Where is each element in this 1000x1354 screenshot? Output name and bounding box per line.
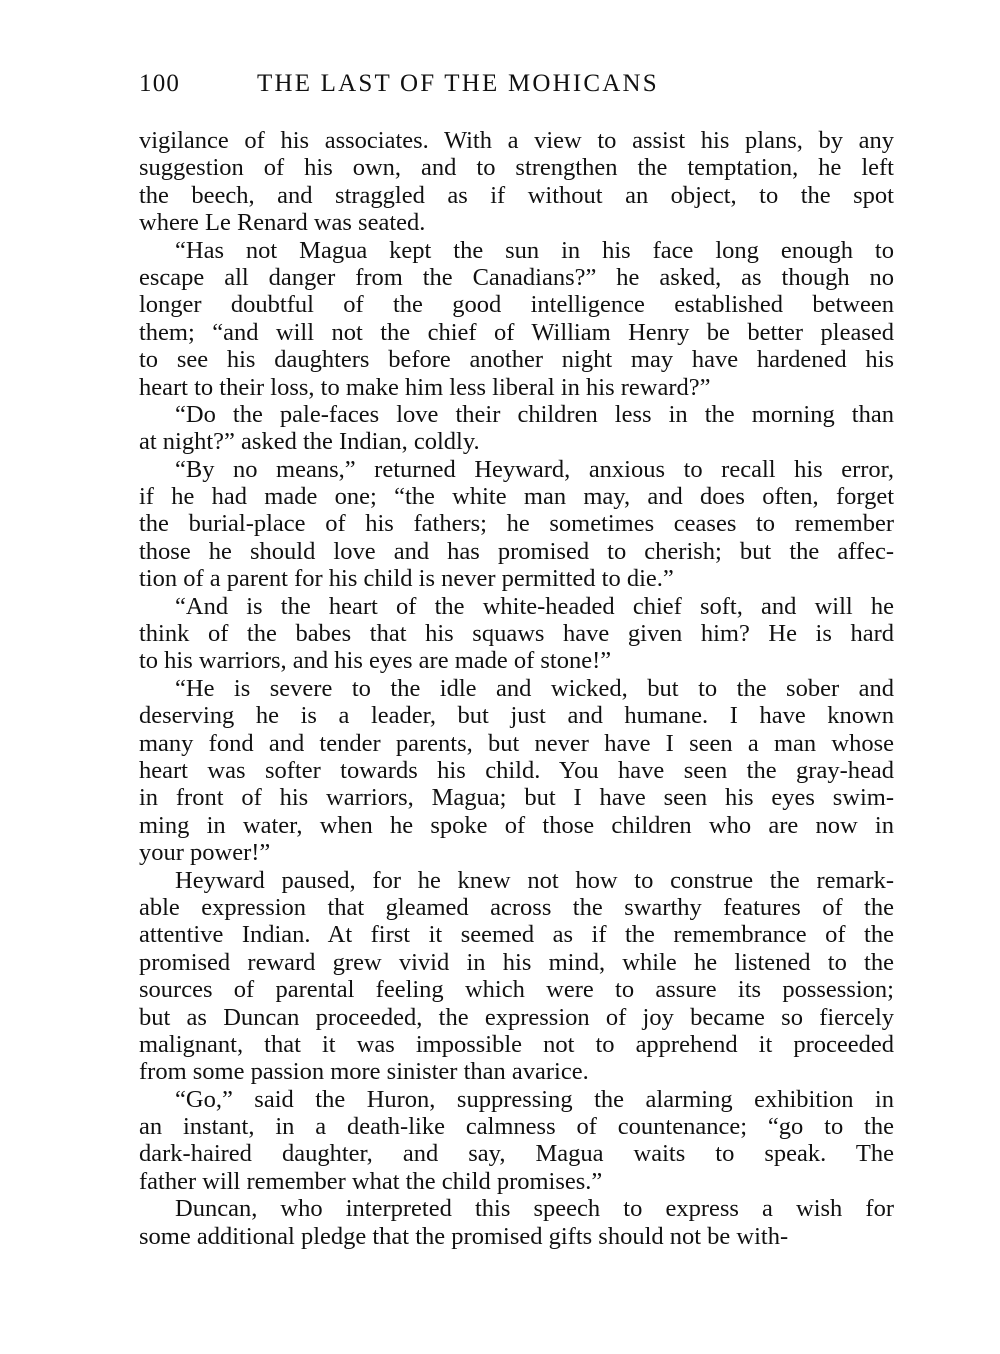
running-head: 100 THE LAST OF THE MOHICANS — [139, 66, 899, 102]
page-number: 100 — [139, 66, 180, 102]
text-line: the burial-place of his fathers; he some… — [139, 510, 894, 537]
text-line: from some passion more sinister than ava… — [139, 1058, 894, 1085]
text-line: those he should love and has promised to… — [139, 538, 894, 565]
text-line: able expression that gleamed across the … — [139, 894, 894, 921]
text-line: in front of his warriors, Magua; but I h… — [139, 784, 894, 811]
text-line: heart to their loss, to make him less li… — [139, 374, 894, 401]
text-line: think of the babes that his squaws have … — [139, 620, 894, 647]
book-page: 100 THE LAST OF THE MOHICANS vigilance o… — [0, 0, 1000, 1354]
text-line: ming in water, when he spoke of those ch… — [139, 812, 894, 839]
paragraph: Duncan, who interpreted this speech to e… — [139, 1195, 894, 1250]
text-line: “Go,” said the Huron, suppressing the al… — [139, 1086, 894, 1113]
text-line: father will remember what the child prom… — [139, 1168, 894, 1195]
body-text: vigilance of his associates. With a view… — [139, 127, 894, 1250]
text-line: deserving he is a leader, but just and h… — [139, 702, 894, 729]
paragraph: Heyward paused, for he knew not how to c… — [139, 867, 894, 1086]
text-line: some additional pledge that the promised… — [139, 1223, 894, 1250]
text-line: many fond and tender parents, but never … — [139, 730, 894, 757]
text-line: malignant, that it was impossible not to… — [139, 1031, 894, 1058]
text-line: an instant, in a death-like calmness of … — [139, 1113, 894, 1140]
text-line: if he had made one; “the white man may, … — [139, 483, 894, 510]
text-line: vigilance of his associates. With a view… — [139, 127, 894, 154]
paragraph: “Do the pale-faces love their children l… — [139, 401, 894, 456]
text-line: where Le Renard was seated. — [139, 209, 894, 236]
text-line: longer doubtful of the good intelligence… — [139, 291, 894, 318]
text-line: but as Duncan proceeded, the expression … — [139, 1004, 894, 1031]
text-line: sources of parental feeling which were t… — [139, 976, 894, 1003]
paragraph: “Go,” said the Huron, suppressing the al… — [139, 1086, 894, 1196]
text-line: promised reward grew vivid in his mind, … — [139, 949, 894, 976]
text-line: “By no means,” returned Heyward, anxious… — [139, 456, 894, 483]
text-line: the beech, and straggled as if without a… — [139, 182, 894, 209]
text-line: attentive Indian. At first it seemed as … — [139, 921, 894, 948]
text-line: them; “and will not the chief of William… — [139, 319, 894, 346]
text-line: escape all danger from the Canadians?” h… — [139, 264, 894, 291]
paragraph: vigilance of his associates. With a view… — [139, 127, 894, 237]
text-line: to his warriors, and his eyes are made o… — [139, 647, 894, 674]
text-line: suggestion of his own, and to strengthen… — [139, 154, 894, 181]
text-line: your power!” — [139, 839, 894, 866]
text-line: tion of a parent for his child is never … — [139, 565, 894, 592]
paragraph: “By no means,” returned Heyward, anxious… — [139, 456, 894, 593]
paragraph: “Has not Magua kept the sun in his face … — [139, 237, 894, 401]
text-line: Heyward paused, for he knew not how to c… — [139, 867, 894, 894]
text-line: Duncan, who interpreted this speech to e… — [139, 1195, 894, 1222]
text-line: heart was softer towards his child. You … — [139, 757, 894, 784]
paragraph: “And is the heart of the white-headed ch… — [139, 593, 894, 675]
text-line: “Has not Magua kept the sun in his face … — [139, 237, 894, 264]
text-line: “He is severe to the idle and wicked, bu… — [139, 675, 894, 702]
paragraph: “He is severe to the idle and wicked, bu… — [139, 675, 894, 867]
text-line: “Do the pale-faces love their children l… — [139, 401, 894, 428]
text-line: at night?” asked the Indian, coldly. — [139, 428, 894, 455]
text-line: “And is the heart of the white-headed ch… — [139, 593, 894, 620]
text-line: dark-haired daughter, and say, Magua wai… — [139, 1140, 894, 1167]
running-title: THE LAST OF THE MOHICANS — [257, 66, 659, 102]
text-line: to see his daughters before another nigh… — [139, 346, 894, 373]
